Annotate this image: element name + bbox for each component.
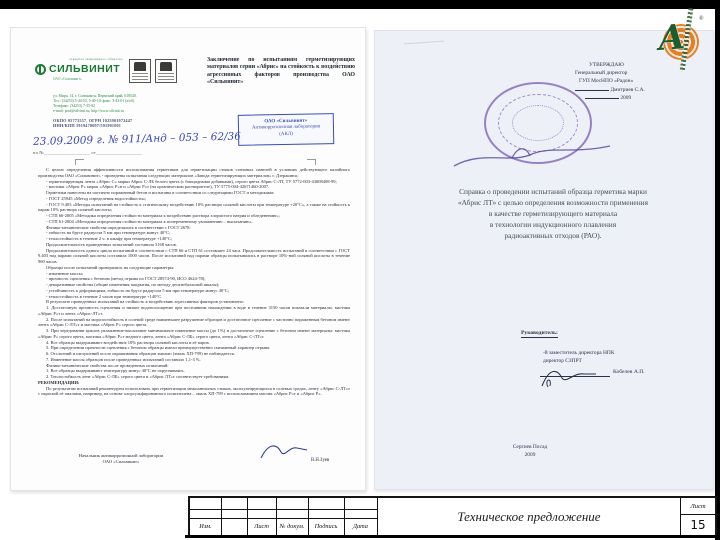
sheet-label: Лист bbox=[681, 498, 715, 515]
abris-brand-letter: А bbox=[657, 17, 687, 59]
silvinit-logo-text: СИЛЬВИНИТ bbox=[49, 63, 120, 75]
certification-stamp-1 bbox=[129, 59, 151, 83]
tb-label-data: Дата bbox=[344, 518, 377, 535]
signature-stroke-dmitriev bbox=[452, 140, 612, 170]
sheet-number: 15 bbox=[681, 515, 715, 535]
slide-canvas: открытое акционерное общество СИЛЬВИНИТ … bbox=[0, 0, 720, 540]
head-position-line: -й заместитель директора НПК bbox=[543, 349, 614, 357]
signatory-name: В.Н.Зуев bbox=[311, 458, 329, 463]
certificate-title-line: радиоактивных отходов (РАО). bbox=[408, 230, 698, 241]
document-type-title: Техническое предложение bbox=[377, 498, 680, 535]
report-paragraph: 3. При чередовании циклов увлажнение-выс… bbox=[38, 328, 350, 340]
signatory-position-line2: ОАО «Сильвинит» bbox=[51, 459, 191, 465]
top-black-bar bbox=[0, 0, 720, 9]
registration-line: ИНН/КПП 5919470097/591901001 bbox=[53, 123, 223, 128]
certificate-title-line: «Абрис ЛТ» с целью определения возможнос… bbox=[408, 197, 698, 208]
tb-label-podpis: Подпись bbox=[308, 518, 344, 535]
sheet-column: Лист 15 bbox=[680, 498, 715, 535]
crop-mark-right bbox=[307, 159, 316, 165]
certificate-title-line: в технологии индукционного плавления bbox=[408, 219, 698, 230]
report-paragraph: - ГОСТ 9.403 «Методы испытаний на стойко… bbox=[38, 202, 350, 214]
certificate-title-line: в качестве герметизирующего материала bbox=[408, 208, 698, 219]
letterhead-address: ул. Мира, 14, г. Соликамск, Пермский кра… bbox=[53, 94, 203, 114]
tb-label-ndokum: № докум. bbox=[276, 518, 308, 535]
approve-line: Генеральный директор bbox=[575, 69, 675, 77]
silvinit-logo: СИЛЬВИНИТ bbox=[35, 61, 120, 77]
tb-label-list: Лист bbox=[247, 518, 276, 535]
cert-crest-icon bbox=[160, 62, 172, 71]
signature-stroke-zuev bbox=[259, 440, 309, 462]
signature-stroke-kobelev bbox=[538, 362, 598, 388]
report-paragraph: По результатам испытаний рекомендуем исп… bbox=[38, 386, 350, 398]
signatory-position: Начальник антикоррозионной лаборатории О… bbox=[51, 453, 191, 465]
report-paragraph: С целью определения эффективности исполь… bbox=[38, 167, 350, 179]
approve-sign-line: Дмитриев С.А. bbox=[575, 86, 675, 94]
round-stamp-core bbox=[512, 105, 564, 141]
report-paragraph: 2. После испытаний на морозостойкость в … bbox=[38, 317, 350, 329]
tb-label-izm: Изм. bbox=[190, 518, 221, 535]
approve-line: ГУП МосНПО «Радон» bbox=[575, 77, 675, 85]
city-year-block: Сергиев Посад 2009 bbox=[480, 444, 580, 459]
report-paragraph: 1. Достаточную прочность сцепления и низ… bbox=[38, 305, 350, 317]
scanned-letter-silvinit: открытое акционерное общество СИЛЬВИНИТ … bbox=[10, 27, 366, 491]
head-signatory-name: Кобелев А.П. bbox=[613, 369, 645, 375]
approval-block: УТВЕРЖДАЮ Генеральный директор ГУП МосНП… bbox=[575, 61, 675, 102]
letterhead-registration: ОКПО 05773557, ОГРН 1025901972447ИНН/КПП… bbox=[53, 118, 223, 129]
drawing-title-block: Изм. Лист № докум. Подпись Дата Техничес… bbox=[188, 496, 717, 537]
approve-line: УТВЕРЖДАЮ bbox=[575, 61, 675, 69]
tb-label-blank bbox=[221, 518, 247, 535]
approve-date-line: 2009 bbox=[575, 94, 675, 102]
registered-mark-icon: ® bbox=[699, 16, 704, 22]
title-block-bottom-rule bbox=[185, 535, 720, 538]
silvinit-org-subtitle: ОАО «Сильвинит» bbox=[53, 77, 82, 81]
city-line: Сергиев Посад bbox=[480, 444, 580, 452]
address-line: e-mail: post@silvinit.ru; http://www.sil… bbox=[53, 109, 203, 114]
certificate-title: Справка о проведении испытаний образца г… bbox=[408, 186, 698, 241]
right-black-bar bbox=[715, 0, 720, 540]
head-of-work-label: Руководитель: bbox=[521, 330, 558, 338]
year-line: 2009 bbox=[480, 452, 580, 460]
reference-number-line: на №__________________ от_______________… bbox=[33, 150, 142, 155]
cert-crest-icon bbox=[134, 62, 146, 71]
certificate-title-line: Справка о проведении испытаний образца г… bbox=[408, 186, 698, 197]
certification-stamp-2 bbox=[155, 59, 177, 83]
report-body-text: С целью определения эффективности исполь… bbox=[38, 167, 350, 445]
report-paragraph: Продолжительность одного цикла испытаний… bbox=[38, 248, 350, 265]
report-title: Заключение по испытаниям герметизирующих… bbox=[207, 57, 355, 87]
silvinit-logo-icon bbox=[35, 64, 46, 75]
crop-mark-left bbox=[75, 159, 84, 165]
lab-registration-stamp: ОАО «Сильвинит» Антикоррозионная лаборат… bbox=[238, 113, 335, 146]
